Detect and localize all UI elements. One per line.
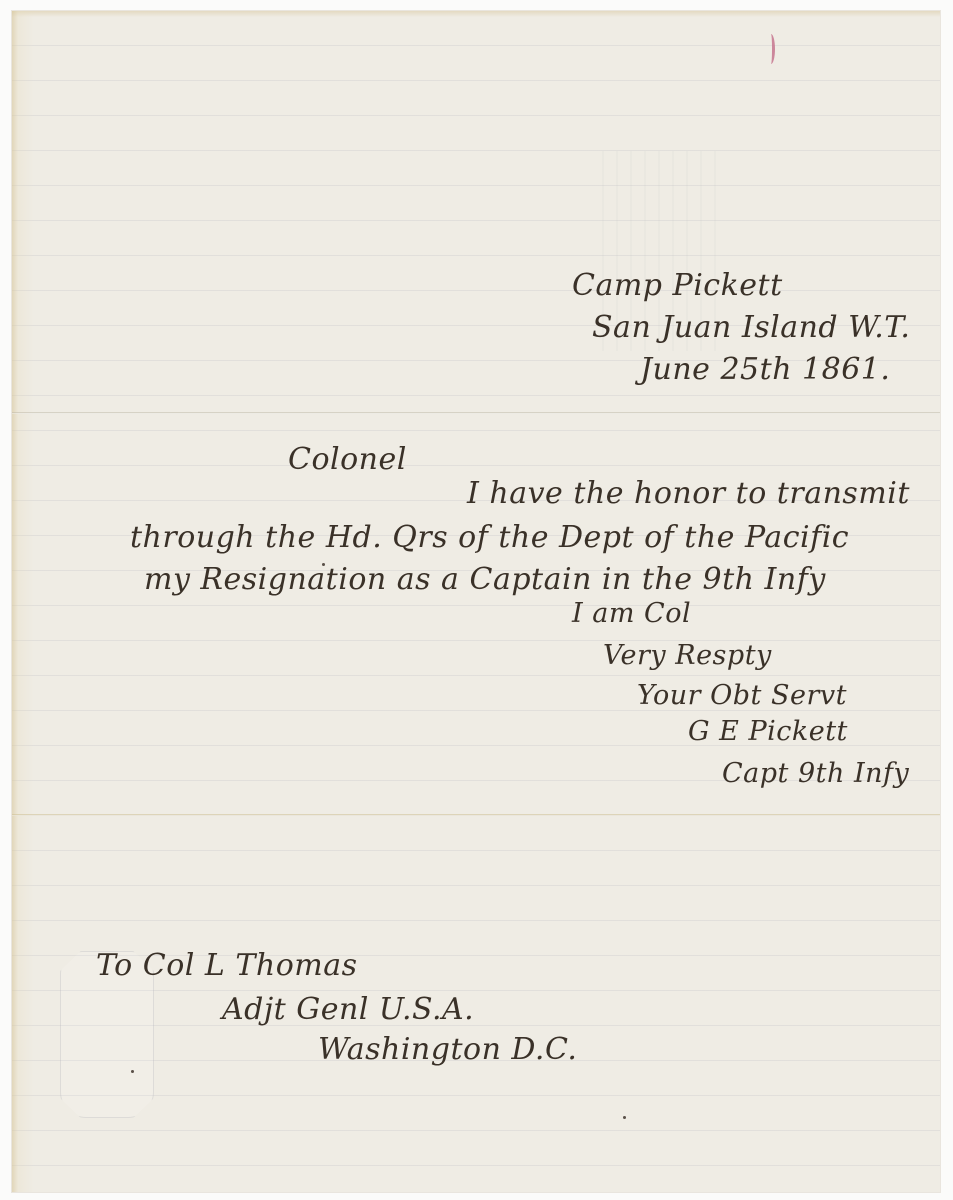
heading-date: June 25th 1861. <box>640 352 890 387</box>
ink-speck <box>623 1116 626 1119</box>
address-title: Adjt Genl U.S.A. <box>222 992 474 1027</box>
heading-camp: Camp Pickett <box>572 268 783 303</box>
closing-line-3: Your Obt Servt <box>637 680 847 711</box>
fold-crease-lower <box>12 814 940 816</box>
address-city: Washington D.C. <box>318 1032 577 1067</box>
closing-line-1: I am Col <box>572 598 691 629</box>
fold-crease-upper <box>12 412 940 414</box>
signature: G E Pickett <box>688 716 848 747</box>
heading-location: San Juan Island W.T. <box>592 310 910 345</box>
body-line-2: through the Hd. Qrs of the Dept of the P… <box>130 520 849 555</box>
pencil-mark <box>767 34 775 64</box>
body-line-1: I have the honor to transmit <box>467 476 910 511</box>
address-recipient: To Col L Thomas <box>96 948 358 983</box>
closing-line-2: Very Respty <box>603 640 772 671</box>
letter-paper <box>12 11 940 1192</box>
body-line-3: my Resignation as a Captain in the 9th I… <box>144 562 826 597</box>
scanned-document: Camp Pickett San Juan Island W.T. June 2… <box>0 0 953 1200</box>
ink-speck <box>131 1070 134 1073</box>
ink-speck <box>322 563 325 566</box>
salutation: Colonel <box>288 442 407 477</box>
signature-title: Capt 9th Infy <box>722 758 909 789</box>
